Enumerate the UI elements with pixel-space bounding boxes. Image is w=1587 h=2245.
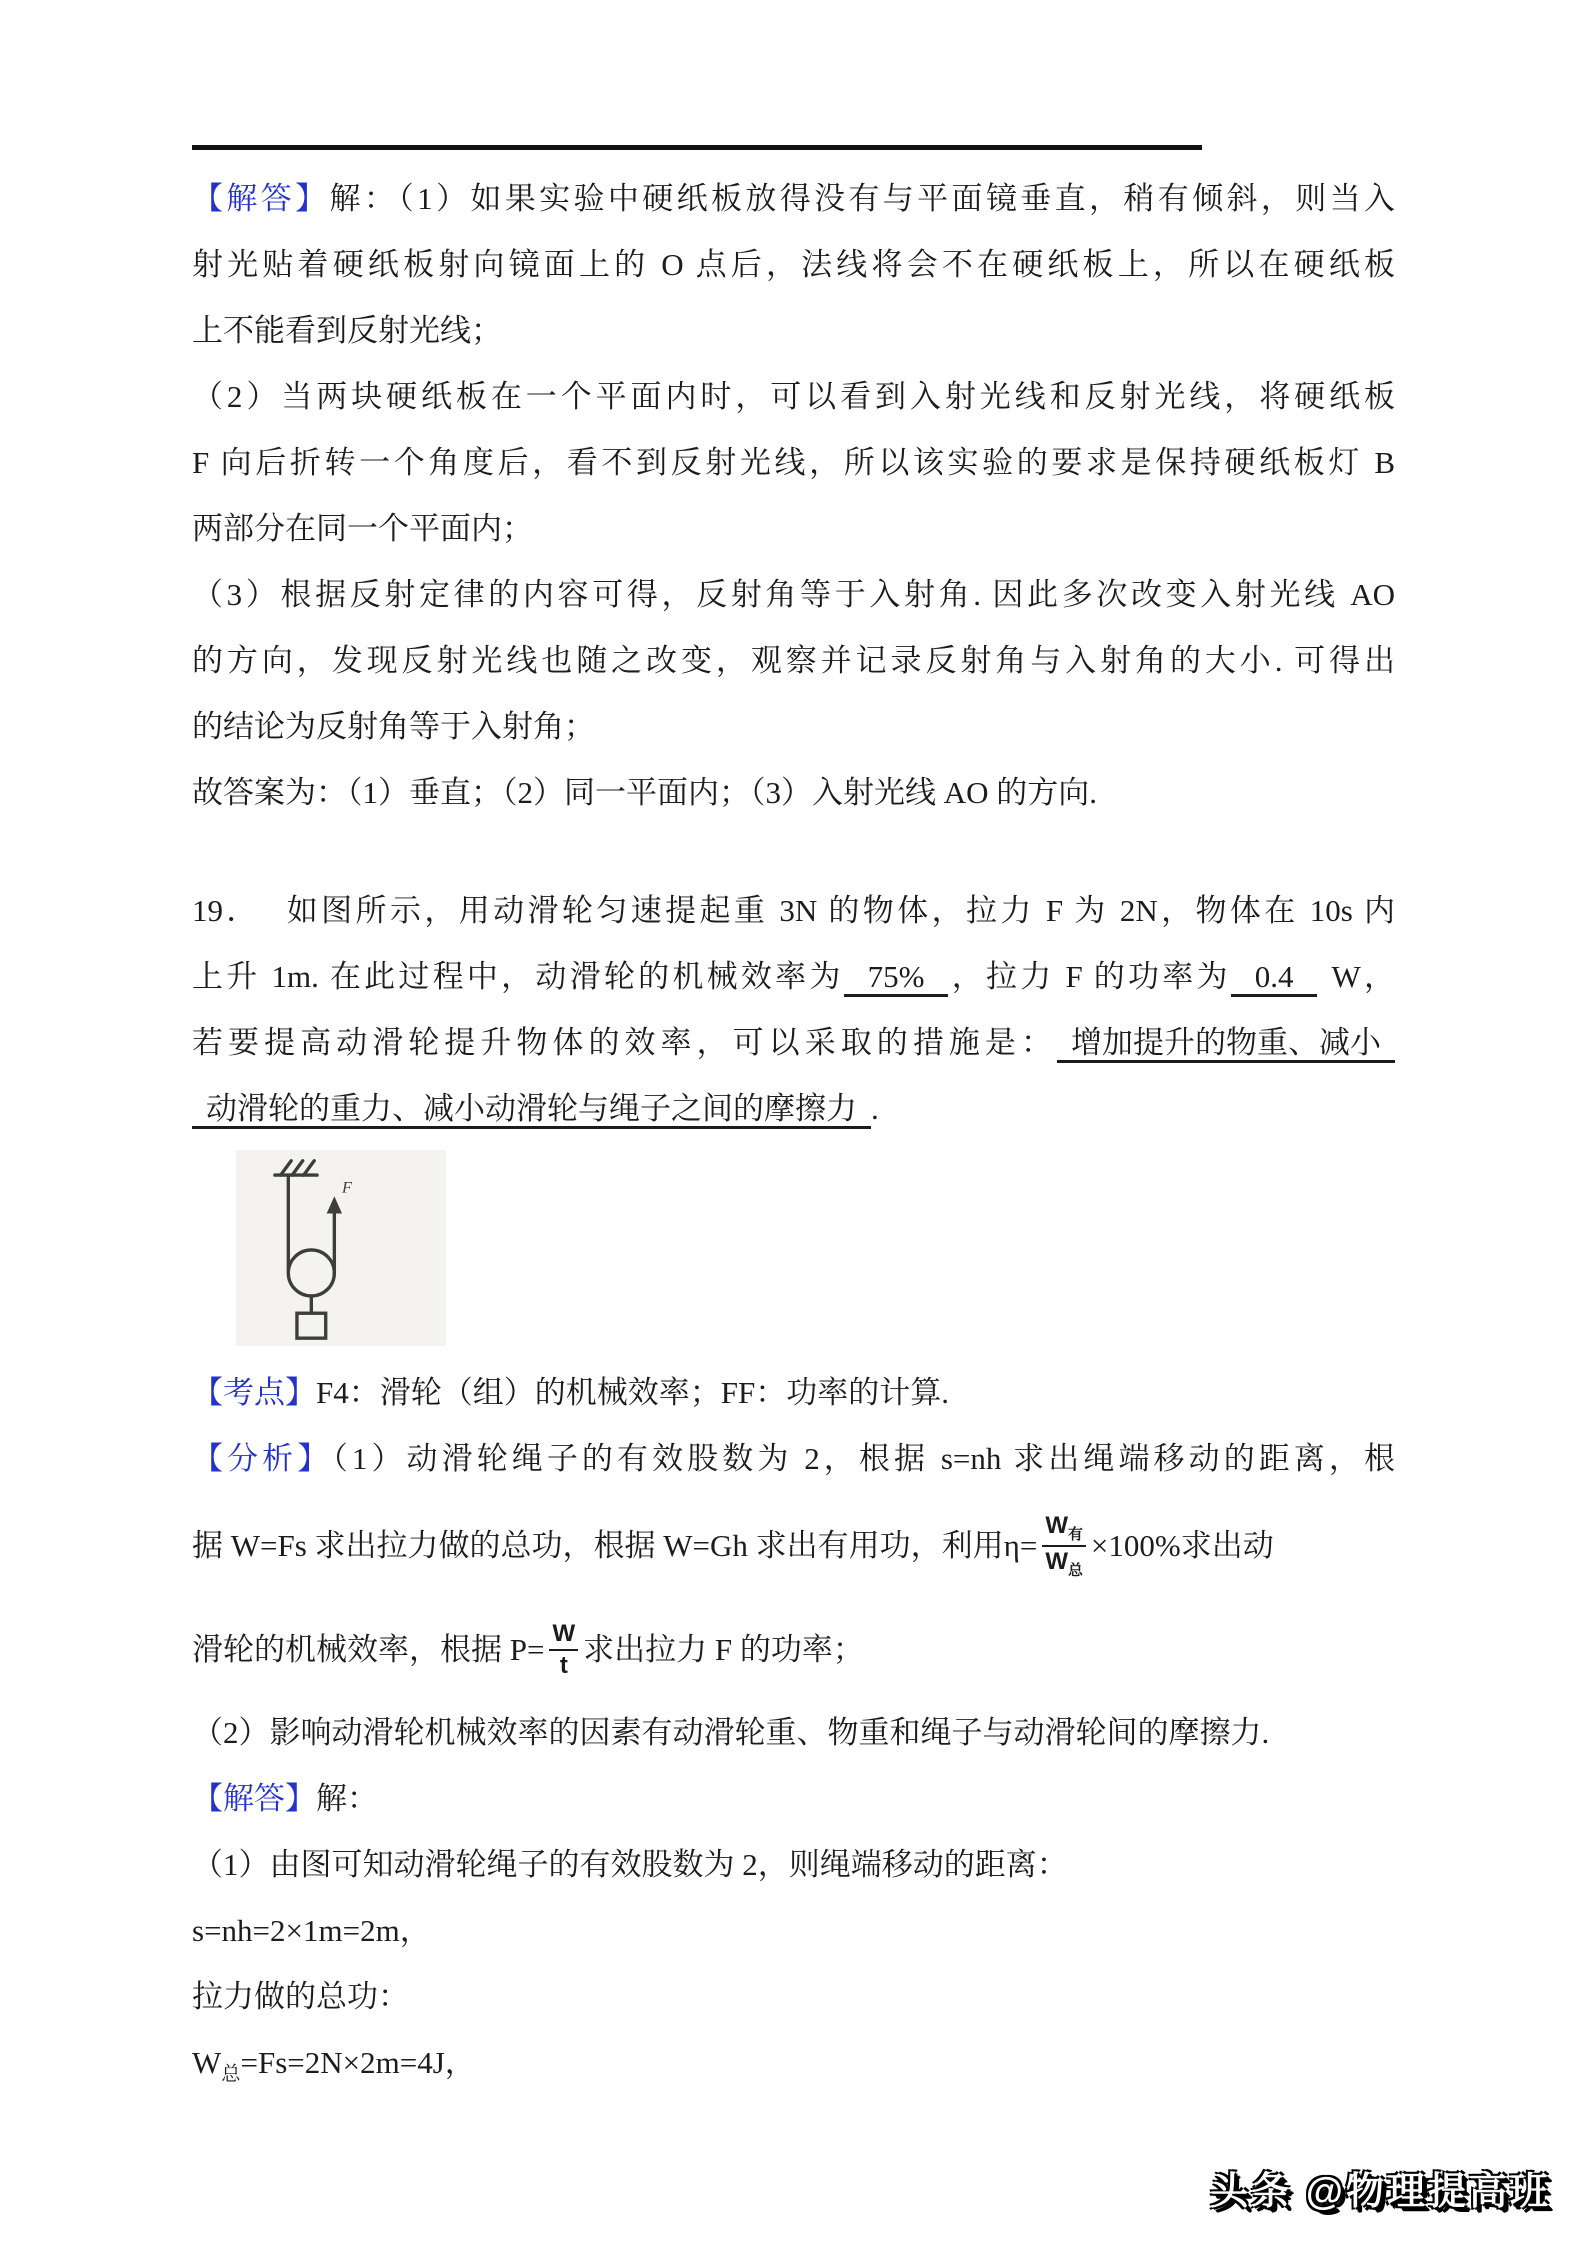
movable-pulley-wheel (288, 1249, 334, 1295)
weight-block (297, 1313, 326, 1338)
jieda-text: =Fs=2N×2m=4J， (240, 2045, 475, 2080)
solution-text: （3）根据反射定律的内容可得，反射角等于入射角. 因此多次改变入射光线 AO (192, 577, 1395, 612)
answer-blank-measure-2: 动滑轮的重力、减小动滑轮与绳子之间的摩擦力 (192, 1091, 871, 1130)
jieda-text: 拉力做的总功： (192, 1979, 409, 2014)
solution-line: （3）根据反射定律的内容可得，反射角等于入射角. 因此多次改变入射光线 AO (192, 562, 1395, 628)
question-text: 如图所示，用动滑轮匀速提起重 3N 的物体，拉力 F 为 2N，物体在 10s … (287, 893, 1395, 928)
question-text: 上升 1m. 在此过程中，动滑轮的机械效率为 (192, 959, 844, 994)
kaodian-section: 【考点】F4：滑轮（组）的机械效率；FF：功率的计算. (192, 1360, 1395, 1426)
question-19: 19．如图所示，用动滑轮匀速提起重 3N 的物体，拉力 F 为 2N，物体在 1… (192, 878, 1395, 1142)
fenxi-line-fraction: 据 W=Fs 求出拉力做的总功，根据 W=Gh 求出有用功，利用η=W有W总×1… (192, 1492, 1395, 1600)
ceiling-hatching (281, 1160, 315, 1174)
page-top-divider (192, 145, 1202, 150)
total-work-subscript: 总 (221, 2064, 240, 2085)
solution-line: 上不能看到反射光线； (192, 298, 1395, 364)
force-label: F (341, 1177, 353, 1196)
kaodian-marker: 【考点】 (192, 1375, 316, 1410)
efficiency-fraction: W有W总 (1042, 1512, 1086, 1580)
solution-line: 故答案为：（1）垂直；（2）同一平面内；（3）入射光线 AO 的方向. (192, 760, 1395, 826)
solution-line: 的结论为反射角等于入射角； (192, 694, 1395, 760)
fenxi-text: 滑轮的机械效率，根据 P= (192, 1634, 544, 1665)
kaodian-line: 【考点】F4：滑轮（组）的机械效率；FF：功率的计算. (192, 1360, 1395, 1426)
solution-line: 射光贴着硬纸板射向镜面上的 O 点后，法线将会不在硬纸板上，所以在硬纸板 (192, 232, 1395, 298)
fenxi-text: 据 W=Fs 求出拉力做的总功，根据 W=Gh 求出有用功，利用η= (192, 1530, 1037, 1561)
fenxi-section: 【分析】（1）动滑轮绳子的有效股数为 2，根据 s=nh 求出绳端移动的距离，根… (192, 1426, 1395, 1766)
jieda-marker: 【解答】 (192, 181, 330, 216)
fenxi-text: ×100%求出动 (1091, 1530, 1274, 1561)
solution-text: F 向后折转一个角度后，看不到反射光线，所以该实验的要求是保持硬纸板灯 B (192, 445, 1395, 480)
question-number: 19． (192, 893, 261, 928)
kaodian-text: F4：滑轮（组）的机械效率；FF：功率的计算. (316, 1375, 949, 1410)
answer-blank-measure-1: 增加提升的物重、减小 (1057, 1025, 1395, 1064)
solution-line: 两部分在同一个平面内； (192, 496, 1395, 562)
jieda-section: 【解答】解： （1）由图可知动滑轮绳子的有效股数为 2，则绳端移动的距离： s=… (192, 1766, 1395, 2108)
fenxi-line: （2）影响动滑轮机械效率的因素有动滑轮重、物重和绳子与动滑轮间的摩擦力. (192, 1700, 1395, 1766)
pulley-diagram: F (236, 1150, 446, 1346)
force-arrowhead (327, 1196, 342, 1213)
solution-text: （2）当两块硬纸板在一个平面内时，可以看到入射光线和反射光线，将硬纸板 (192, 379, 1395, 414)
question-line: 上升 1m. 在此过程中，动滑轮的机械效率为75%，拉力 F 的功率为0.4W， (192, 944, 1395, 1010)
fenxi-text: 求出拉力 F 的功率； (583, 1634, 864, 1665)
question-text: W， (1331, 959, 1395, 994)
jieda-line: 拉力做的总功： (192, 1964, 1395, 2030)
jieda-line: 【解答】解： (192, 1766, 1395, 1832)
question-text: ，拉力 F 的功率为 (948, 959, 1230, 994)
question-text: 若要提高动滑轮提升物体的效率，可以采取的措施是： (192, 1025, 1057, 1060)
fenxi-text: （1）动滑轮绳子的有效股数为 2，根据 s=nh 求出绳端移动的距离，根 (332, 1441, 1395, 1476)
solution-line: 的方向，发现反射光线也随之改变，观察并记录反射角与入射角的大小. 可得出 (192, 628, 1395, 694)
jieda-text: s=nh=2×1m=2m， (192, 1913, 431, 1948)
solution-text: 两部分在同一个平面内； (192, 511, 533, 546)
fenxi-text: （2）影响动滑轮机械效率的因素有动滑轮重、物重和绳子与动滑轮间的摩擦力. (192, 1715, 1269, 1750)
jieda-line: s=nh=2×1m=2m， (192, 1898, 1395, 1964)
jieda-text: （1）由图可知动滑轮绳子的有效股数为 2，则绳端移动的距离： (192, 1847, 1068, 1882)
fenxi-line-fraction: 滑轮的机械效率，根据 P=Wt求出拉力 F 的功率； (192, 1600, 1395, 1700)
solution-line: 【解答】解：（1）如果实验中硬纸板放得没有与平面镜垂直，稍有倾斜，则当入 (192, 166, 1395, 232)
question-line: 若要提高动滑轮提升物体的效率，可以采取的措施是：增加提升的物重、减小 (192, 1010, 1395, 1076)
solution-line: F 向后折转一个角度后，看不到反射光线，所以该实验的要求是保持硬纸板灯 B (192, 430, 1395, 496)
power-fraction: Wt (549, 1620, 578, 1679)
jieda-text: W (192, 2045, 221, 2080)
jieda-text: 解： (316, 1781, 378, 1816)
fraction-denominator: W总 (1042, 1547, 1086, 1580)
solution-text: 射光贴着硬纸板射向镜面上的 O 点后，法线将会不在硬纸板上，所以在硬纸板 (192, 247, 1395, 282)
answer-blank-power: 0.4 (1231, 959, 1318, 998)
solution-text: 的结论为反射角等于入射角； (192, 709, 595, 744)
toutiao-watermark: 头条 @物理提高班 (1210, 2160, 1551, 2215)
solution-text: 故答案为：（1）垂直；（2）同一平面内；（3）入射光线 AO 的方向. (192, 775, 1097, 810)
jieda-line: W总=Fs=2N×2m=4J， (192, 2030, 1395, 2108)
solution-text: 上不能看到反射光线； (192, 313, 502, 348)
solution-line: （2）当两块硬纸板在一个平面内时，可以看到入射光线和反射光线，将硬纸板 (192, 364, 1395, 430)
answer-section-18: 【解答】解：（1）如果实验中硬纸板放得没有与平面镜垂直，稍有倾斜，则当入 射光贴… (192, 166, 1395, 826)
fenxi-line: 【分析】（1）动滑轮绳子的有效股数为 2，根据 s=nh 求出绳端移动的距离，根 (192, 1426, 1395, 1492)
question-text: . (871, 1091, 879, 1126)
question-line: 动滑轮的重力、减小动滑轮与绳子之间的摩擦力. (192, 1076, 1395, 1142)
solution-text: 的方向，发现反射光线也随之改变，观察并记录反射角与入射角的大小. 可得出 (192, 643, 1395, 678)
document-content: 【解答】解：（1）如果实验中硬纸板放得没有与平面镜垂直，稍有倾斜，则当入 射光贴… (0, 145, 1587, 2108)
jieda-line: （1）由图可知动滑轮绳子的有效股数为 2，则绳端移动的距离： (192, 1832, 1395, 1898)
document-page: 【解答】解：（1）如果实验中硬纸板放得没有与平面镜垂直，稍有倾斜，则当入 射光贴… (0, 0, 1587, 2245)
fraction-denominator: t (549, 1651, 578, 1680)
fraction-numerator: W (549, 1620, 578, 1651)
fraction-numerator: W有 (1042, 1512, 1086, 1547)
question-line: 19．如图所示，用动滑轮匀速提起重 3N 的物体，拉力 F 为 2N，物体在 1… (192, 878, 1395, 944)
solution-text: 解：（1）如果实验中硬纸板放得没有与平面镜垂直，稍有倾斜，则当入 (330, 181, 1396, 216)
answer-blank-efficiency: 75% (844, 959, 949, 998)
pulley-diagram-figure: F (254, 1154, 384, 1342)
jieda-marker: 【解答】 (192, 1781, 316, 1816)
fenxi-marker: 【分析】 (192, 1441, 332, 1476)
